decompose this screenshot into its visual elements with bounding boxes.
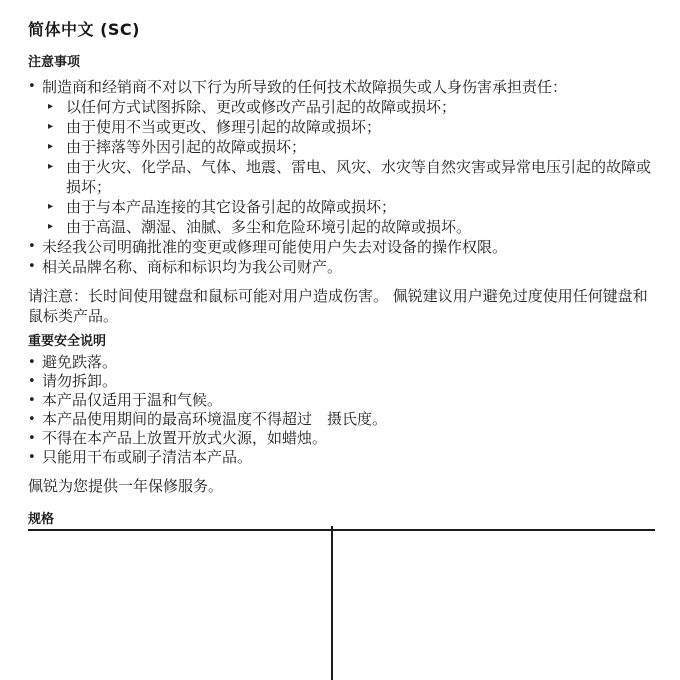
document-page: 简体中文 (SC) 注意事项 • 制造商和经销商不对以下行为所导致的任何技术故障… (0, 0, 680, 680)
notice-subitem-text: 由于火灾、化学品、气体、地震、雷电、风灾、水灾等自然灾害或异常电压引起的故障或损… (66, 158, 651, 196)
notice-sublist: ▸ 以任何方式试图拆除、更改或修改产品引起的故障或损坏； ▸ 由于使用不当或更改… (42, 97, 655, 237)
safety-list: • 避免跌落。 • 请勿拆卸。 • 本产品仅适用于温和气候。 • 本产品使用期间… (28, 353, 655, 467)
safety-item-text: 本产品使用期间的最高环境温度不得超过 摄氏度。 (42, 410, 387, 428)
notice-subitem: ▸ 由于摔落等外因引起的故障或损坏； (42, 137, 655, 157)
safety-item: • 不得在本产品上放置开放式火源，如蜡烛。 (28, 429, 655, 448)
notice-subitem-text: 由于高温、潮湿、油腻、多尘和危险环境引起的故障或损坏。 (66, 218, 471, 236)
bullet-icon: • (28, 448, 36, 467)
safety-heading: 重要安全说明 (28, 335, 655, 349)
notice-subitem: ▸ 以任何方式试图拆除、更改或修改产品引起的故障或损坏； (42, 97, 655, 117)
document-content: 简体中文 (SC) 注意事项 • 制造商和经销商不对以下行为所导致的任何技术故障… (28, 0, 655, 680)
safety-item: • 本产品仅适用于温和气候。 (28, 391, 655, 410)
safety-item: • 只能用干布或刷子清洁本产品。 (28, 448, 655, 467)
notice-item-text: 未经我公司明确批准的变更或修理可能使用户失去对设备的操作权限。 (42, 238, 507, 256)
specs-table (28, 529, 655, 680)
safety-item: • 避免跌落。 (28, 353, 655, 372)
notice-subitem: ▸ 由于与本产品连接的其它设备引起的故障或损坏； (42, 197, 655, 217)
bullet-icon: • (28, 353, 36, 372)
notice-subitem: ▸ 由于使用不当或更改、修理引起的故障或损坏； (42, 117, 655, 137)
notice-item: • 未经我公司明确批准的变更或修理可能使用户失去对设备的操作权限。 (28, 237, 655, 257)
page-title: 简体中文 (SC) (28, 0, 655, 40)
triangle-bullet-icon: ▸ (48, 137, 53, 157)
specs-section: 规格 (28, 513, 655, 680)
notice-subitem-text: 以任何方式试图拆除、更改或修改产品引起的故障或损坏； (66, 98, 456, 116)
warranty-paragraph: 佩锐为您提供一年保修服务。 (28, 476, 655, 496)
triangle-bullet-icon: ▸ (48, 97, 53, 117)
bullet-icon: • (28, 237, 36, 257)
notice-subitem: ▸ 由于火灾、化学品、气体、地震、雷电、风灾、水灾等自然灾害或异常电压引起的故障… (42, 157, 655, 197)
bullet-icon: • (28, 77, 36, 97)
usage-note-paragraph: 请注意：长时间使用键盘和鼠标可能对用户造成伤害。 佩锐建议用户避免过度使用任何键… (28, 286, 655, 326)
notice-subitem-text: 由于使用不当或更改、修理引起的故障或损坏； (66, 118, 381, 136)
triangle-bullet-icon: ▸ (48, 217, 53, 237)
notice-item-text: 制造商和经销商不对以下行为所导致的任何技术故障损失或人身伤害承担责任： (42, 78, 567, 96)
safety-item-text: 请勿拆卸。 (42, 372, 117, 390)
triangle-bullet-icon: ▸ (48, 117, 53, 137)
notice-list: • 制造商和经销商不对以下行为所导致的任何技术故障损失或人身伤害承担责任： ▸ … (28, 77, 655, 277)
notice-section: 注意事项 • 制造商和经销商不对以下行为所导致的任何技术故障损失或人身伤害承担责… (28, 56, 655, 326)
safety-item-text: 本产品仅适用于温和气候。 (42, 391, 222, 409)
bullet-icon: • (28, 372, 36, 391)
notice-subitem: ▸ 由于高温、潮湿、油腻、多尘和危险环境引起的故障或损坏。 (42, 217, 655, 237)
bullet-icon: • (28, 257, 36, 277)
bullet-icon: • (28, 410, 36, 429)
notice-item-text: 相关品牌名称、商标和标识均为我公司财产。 (42, 258, 342, 276)
specs-heading: 规格 (28, 513, 655, 527)
notice-subitem-text: 由于摔落等外因引起的故障或损坏； (66, 138, 306, 156)
safety-item-text: 避免跌落。 (42, 353, 117, 371)
safety-section: 重要安全说明 • 避免跌落。 • 请勿拆卸。 • 本产品仅适用于温和气候。 • … (28, 335, 655, 496)
safety-item-text: 只能用干布或刷子清洁本产品。 (42, 448, 252, 466)
triangle-bullet-icon: ▸ (48, 157, 53, 177)
notice-heading: 注意事项 (28, 56, 655, 70)
safety-item: • 请勿拆卸。 (28, 372, 655, 391)
safety-item: • 本产品使用期间的最高环境温度不得超过 摄氏度。 (28, 410, 655, 429)
notice-subitem-text: 由于与本产品连接的其它设备引起的故障或损坏； (66, 198, 396, 216)
triangle-bullet-icon: ▸ (48, 197, 53, 217)
bullet-icon: • (28, 429, 36, 448)
notice-item: • 相关品牌名称、商标和标识均为我公司财产。 (28, 257, 655, 277)
specs-table-cell-right (333, 531, 655, 680)
bullet-icon: • (28, 391, 36, 410)
specs-table-cell-left (28, 531, 331, 680)
notice-item: • 制造商和经销商不对以下行为所导致的任何技术故障损失或人身伤害承担责任： ▸ … (28, 77, 655, 237)
safety-item-text: 不得在本产品上放置开放式火源，如蜡烛。 (42, 429, 327, 447)
